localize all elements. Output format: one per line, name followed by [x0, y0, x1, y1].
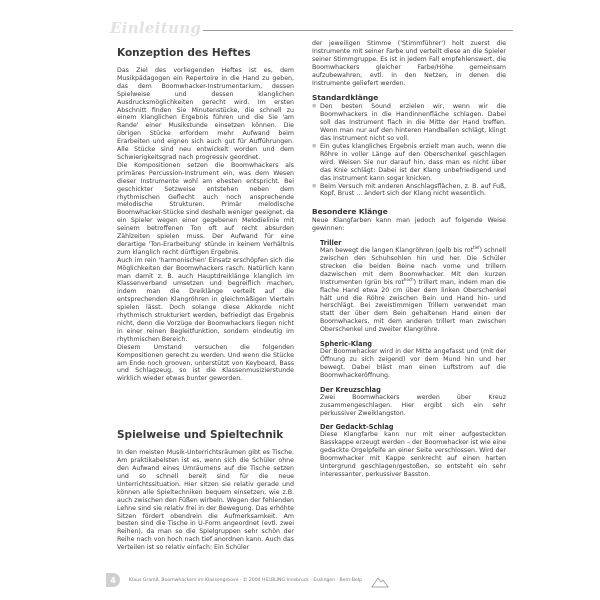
- subsection-title-besondere: Besondere Klänge: [312, 207, 506, 216]
- paragraph: Die Kompositionen setzen die Boomwhacker…: [117, 162, 294, 257]
- page-footer: 4 Klaus Gramß, Boomwhackers im Klassengr…: [106, 573, 506, 587]
- technique-title-gedackt: Der Gedackt-Schlag: [320, 423, 506, 431]
- standard-list: Den besten Sound erzielen wir, wenn wir …: [312, 103, 506, 198]
- technique-text-kreuzschlag: Zwei Boomwhackers werden über Kreuz zusa…: [320, 394, 506, 418]
- paragraph: Diesem Umstand versuchen die folgenden K…: [117, 344, 294, 384]
- technique-title-spheric: Spheric-Klang: [320, 340, 506, 348]
- technique-text-gedackt: Diese Klangfarbe kann nur mit einer aufg…: [320, 431, 506, 478]
- paragraph: In den meisten Musik-Unterrichtsräumen g…: [117, 449, 294, 552]
- right-column: der jeweiligen Stimme ('Stimmführer') ho…: [312, 40, 506, 479]
- header-rule: [203, 30, 513, 31]
- section-title-spielweise: Spielweise und Spieltechnik: [117, 429, 294, 442]
- technique-text-triller: Man bewegt die langen Klangröhren (gelb …: [320, 247, 506, 334]
- technique-text-spheric: Der Boomwhacker wird in der Mitte angefa…: [320, 348, 506, 380]
- list-item: Ein gutes klangliches Ergebnis erzielt m…: [312, 143, 506, 183]
- helbling-logo-icon: [370, 576, 390, 588]
- section-title-konzeption: Konzeption des Heftes: [117, 47, 294, 60]
- list-item: Beim Versuch mit anderen Anschlagsfläche…: [312, 183, 506, 199]
- chapter-title: Einleitung: [110, 19, 201, 37]
- page-number: 4: [106, 573, 120, 587]
- techniques: Triller Man bewegt die langen Klangröhre…: [312, 239, 506, 479]
- paragraph: Neue Klangfarben kann man jedoch auf fol…: [312, 217, 506, 233]
- paragraph: Auch im rein 'harmonischen' Einsatz ersc…: [117, 257, 294, 344]
- technique-title-kreuzschlag: Der Kreuzschlag: [320, 386, 506, 394]
- left-column: Konzeption des Heftes Das Ziel des vorli…: [117, 47, 294, 552]
- paragraph: der jeweiligen Stimme ('Stimmführer') ho…: [312, 40, 506, 87]
- subsection-title-standardklaenge: Standardklänge: [312, 93, 506, 102]
- paragraph: Das Ziel des vorliegenden Heftes ist es,…: [117, 67, 294, 162]
- list-item: Den besten Sound erzielen wir, wenn wir …: [312, 103, 506, 143]
- footer-credit: Klaus Gramß, Boomwhackers im Klassengroo…: [129, 578, 362, 583]
